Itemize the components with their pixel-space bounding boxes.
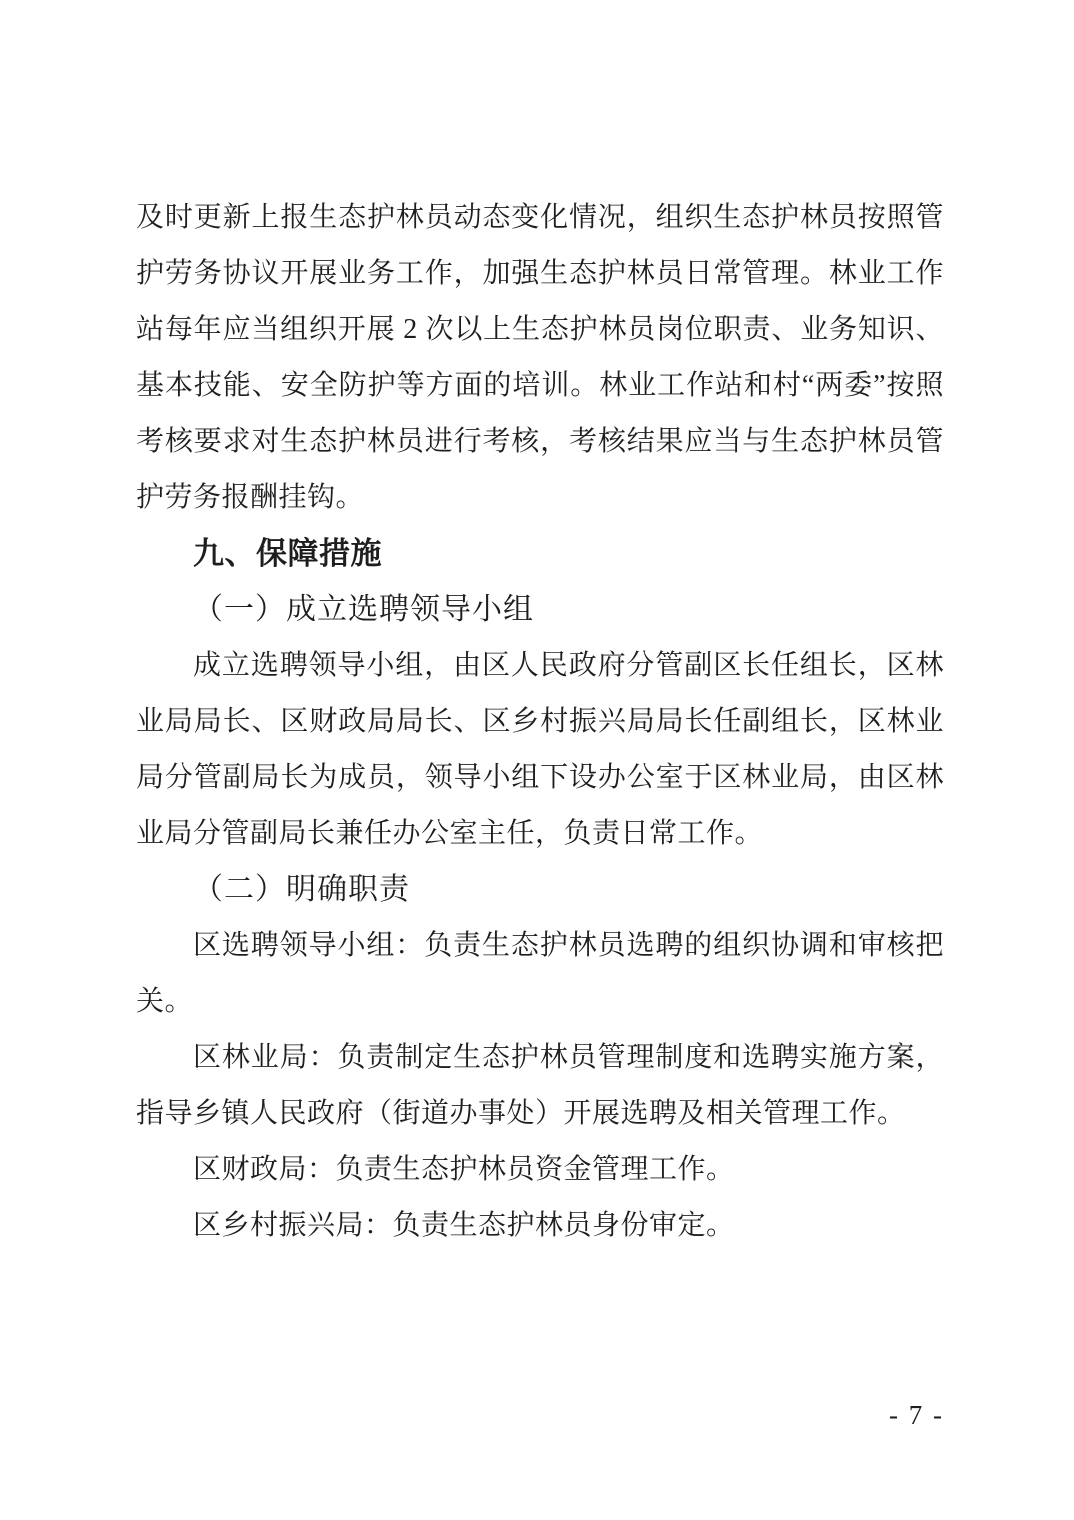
heading-9-2-clarify-duties-line-1: （二）明确职责	[136, 862, 944, 918]
paragraph-ranger-management-continued-line-2: 护劳务协议开展业务工作，加强生态护林员日常管理。林业工作	[136, 246, 944, 302]
document-body: 及时更新上报生态护林员动态变化情况，组织生态护林员按照管护劳务协议开展业务工作，…	[136, 190, 944, 1254]
paragraph-duty-forestry-bureau-line-2: 指导乡镇人民政府（街道办事处）开展选聘及相关管理工作。	[136, 1086, 944, 1142]
paragraph-ranger-management-continued-line-1: 及时更新上报生态护林员动态变化情况，组织生态护林员按照管	[136, 190, 944, 246]
page-number: - 7 -	[889, 1397, 944, 1433]
heading-9-1-establish-leading-group-line-1: （一）成立选聘领导小组	[136, 582, 944, 638]
paragraph-duty-leading-group-line-2: 关。	[136, 974, 944, 1030]
paragraph-leading-group-composition-line-3: 局分管副局长为成员，领导小组下设办公室于区林业局，由区林	[136, 750, 944, 806]
paragraph-ranger-management-continued-line-6: 护劳务报酬挂钩。	[136, 470, 944, 526]
paragraph-leading-group-composition-line-1: 成立选聘领导小组，由区人民政府分管副区长任组长，区林	[136, 638, 944, 694]
paragraph-ranger-management-continued-line-4: 基本技能、安全防护等方面的培训。林业工作站和村“两委”按照	[136, 358, 944, 414]
paragraph-leading-group-composition-line-2: 业局局长、区财政局局长、区乡村振兴局局长任副组长，区林业	[136, 694, 944, 750]
heading-section-nine-safeguards-line-1: 九、保障措施	[136, 526, 944, 582]
paragraph-duty-forestry-bureau-line-1: 区林业局：负责制定生态护林员管理制度和选聘实施方案，	[136, 1030, 944, 1086]
document-page: 及时更新上报生态护林员动态变化情况，组织生态护林员按照管护劳务协议开展业务工作，…	[0, 0, 1074, 1520]
paragraph-duty-finance-bureau-line-1: 区财政局：负责生态护林员资金管理工作。	[136, 1142, 944, 1198]
paragraph-ranger-management-continued-line-5: 考核要求对生态护林员进行考核，考核结果应当与生态护林员管	[136, 414, 944, 470]
paragraph-ranger-management-continued-line-3: 站每年应当组织开展 2 次以上生态护林员岗位职责、业务知识、	[136, 302, 944, 358]
paragraph-duty-leading-group-line-1: 区选聘领导小组：负责生态护林员选聘的组织协调和审核把	[136, 918, 944, 974]
paragraph-leading-group-composition-line-4: 业局分管副局长兼任办公室主任，负责日常工作。	[136, 806, 944, 862]
paragraph-duty-rural-revitalization-bureau-line-1: 区乡村振兴局：负责生态护林员身份审定。	[136, 1198, 944, 1254]
